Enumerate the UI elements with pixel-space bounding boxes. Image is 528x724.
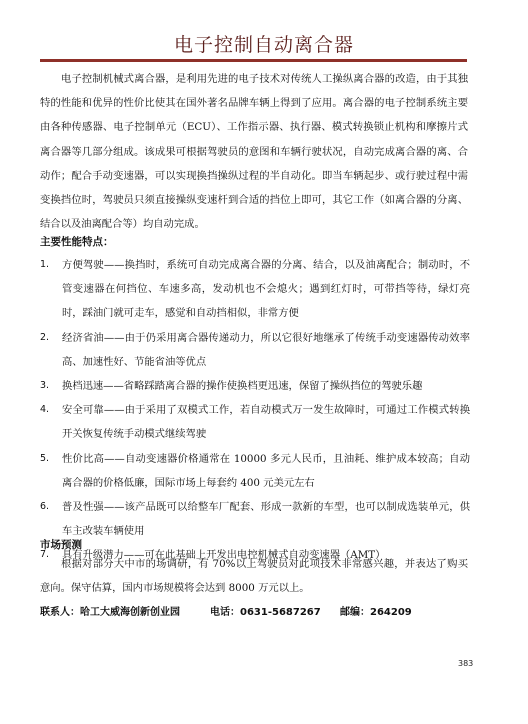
contact-person: 联系人：哈工大威海创新创业园 <box>40 603 210 618</box>
contact-postcode: 邮编：264209 <box>340 603 412 618</box>
intro-paragraph: 电子控制机械式离合器，是利用先进的电子技术对传统人工操纵离合器的改造，由于其独特… <box>40 67 468 236</box>
page-title: 电子控制自动离合器 <box>0 33 528 57</box>
feature-item: 2.经济省油——由于仍采用离合器传递动力，所以它很好地继承了传统手动变速器传动效… <box>40 326 470 374</box>
list-number: 4. <box>40 398 49 422</box>
page-number: 383 <box>458 659 473 668</box>
feature-text: 普及性强——该产品既可以给整车厂配套、形成一款新的车型，也可以制成选装单元，供车… <box>62 501 470 537</box>
title-underline-rule <box>40 59 467 62</box>
feature-item: 1.方便驾驶——换挡时，系统可自动完成离合器的分离、结合，以及油离配合；制动时，… <box>40 253 470 326</box>
feature-item: 3.换档迅速——省略踩踏离合器的操作使换档更迅速，保留了操纵挡位的驾驶乐趣 <box>40 374 470 398</box>
features-heading: 主要性能特点： <box>40 234 114 249</box>
feature-text: 经济省油——由于仍采用离合器传递动力，所以它很好地继承了传统手动变速器传动效率高… <box>62 332 470 368</box>
features-list: 1.方便驾驶——换挡时，系统可自动完成离合器的分离、结合，以及油离配合；制动时，… <box>40 253 470 568</box>
market-paragraph: 根据对部分大中市的场调研，有 70%以上驾驶员对此项技术非常感兴趣，并表达了购买… <box>40 552 468 600</box>
list-number: 3. <box>40 374 49 398</box>
feature-text: 性价比高——自动变速器价格通常在 10000 多元人民币，且油耗、维护成本较高；… <box>62 453 470 489</box>
list-number: 5. <box>40 447 49 471</box>
feature-text: 方便驾驶——换挡时，系统可自动完成离合器的分离、结合，以及油离配合；制动时，不管… <box>62 259 470 319</box>
contact-line: 联系人：哈工大威海创新创业园电话：0631-5687267邮编：264209 <box>40 603 412 618</box>
feature-text: 换档迅速——省略踩踏离合器的操作使换档更迅速，保留了操纵挡位的驾驶乐趣 <box>62 380 422 392</box>
list-number: 2. <box>40 326 49 350</box>
feature-text: 安全可靠——由于采用了双模式工作，若自动模式万一发生故障时，可通过工作模式转换开… <box>62 404 470 440</box>
contact-phone: 电话：0631-5687267 <box>210 603 340 618</box>
feature-item: 6.普及性强——该产品既可以给整车厂配套、形成一款新的车型，也可以制成选装单元，… <box>40 495 470 543</box>
feature-item: 5.性价比高——自动变速器价格通常在 10000 多元人民币，且油耗、维护成本较… <box>40 447 470 495</box>
list-number: 6. <box>40 495 49 519</box>
market-heading: 市场预测 <box>40 537 82 552</box>
feature-item: 4.安全可靠——由于采用了双模式工作，若自动模式万一发生故障时，可通过工作模式转… <box>40 398 470 446</box>
list-number: 1. <box>40 253 49 277</box>
